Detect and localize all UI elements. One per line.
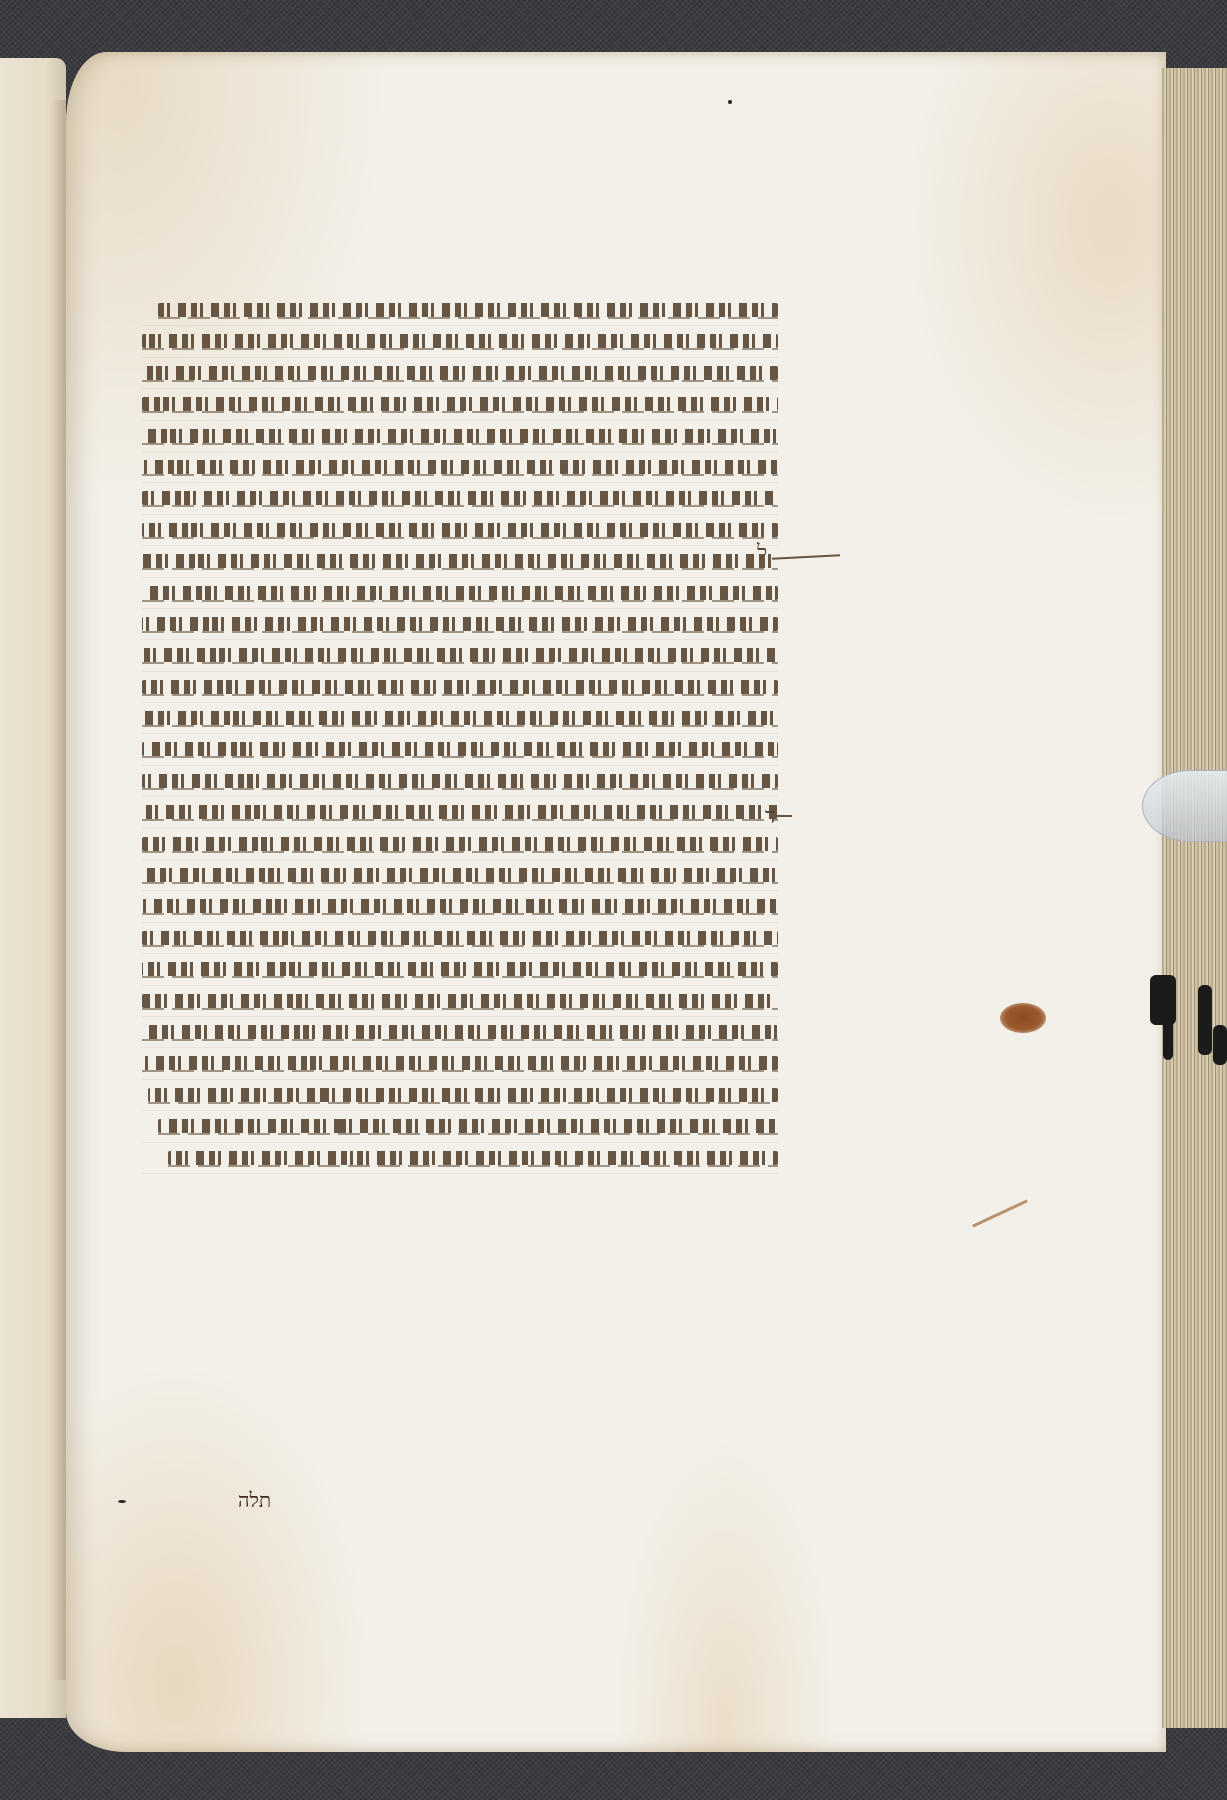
manuscript-line (142, 640, 778, 671)
marginal-stroke (770, 815, 792, 817)
handwritten-text (142, 805, 778, 819)
handwritten-text (142, 711, 778, 725)
handwritten-text (142, 648, 778, 662)
handwritten-text (142, 837, 778, 851)
manuscript-line (142, 1080, 778, 1111)
handwritten-text (158, 1119, 778, 1133)
handwritten-text (142, 899, 778, 913)
handwritten-text (142, 994, 778, 1008)
ink-speck (118, 1500, 126, 1503)
handwritten-text (158, 303, 778, 317)
handwritten-text (142, 491, 778, 505)
manuscript-line (142, 954, 778, 985)
handwritten-text (142, 554, 778, 568)
handwritten-text (142, 334, 778, 348)
manuscript-line (142, 734, 778, 765)
manuscript-line (142, 766, 778, 797)
manuscript-line (142, 546, 778, 577)
manuscript-line (142, 389, 778, 420)
manuscript-line (142, 326, 778, 357)
manuscript-line (142, 483, 778, 514)
handwritten-text (142, 868, 778, 882)
brown-stain (1000, 1003, 1046, 1033)
handwritten-text (142, 397, 778, 411)
manuscript-line (142, 1143, 778, 1174)
ink-speck (728, 100, 732, 104)
marginal-mark: ל (757, 540, 767, 566)
fore-edge-ink-stain (1163, 1020, 1173, 1060)
handwritten-text (142, 617, 778, 631)
handwritten-text (142, 1025, 778, 1039)
handwritten-text (142, 742, 778, 756)
page-edges-fore-edge (1162, 68, 1227, 1728)
handwritten-text (168, 1151, 778, 1165)
manuscript-line (142, 703, 778, 734)
manuscript-line (142, 829, 778, 860)
handwritten-text (142, 366, 778, 380)
text-block (142, 295, 778, 1174)
handwritten-text (142, 523, 778, 537)
manuscript-line (142, 797, 778, 828)
manuscript-line (142, 923, 778, 954)
fore-edge-ink-stain (1213, 1025, 1227, 1065)
manuscript-line (142, 421, 778, 452)
manuscript-line (142, 1048, 778, 1079)
gutter-shadow (52, 100, 66, 1680)
handwritten-text (142, 586, 778, 600)
fore-edge-ink-stain (1150, 975, 1176, 1025)
manuscript-line (142, 672, 778, 703)
manuscript-line (142, 860, 778, 891)
handwritten-text (142, 931, 778, 945)
fore-edge-ink-stain (1198, 985, 1212, 1055)
handwritten-text (142, 680, 778, 694)
folio-number: תלה (238, 1488, 271, 1513)
manuscript-line (142, 1111, 778, 1142)
handwritten-text (142, 962, 778, 976)
manuscript-line (142, 891, 778, 922)
manuscript-line (142, 295, 778, 326)
manuscript-line (142, 986, 778, 1017)
manuscript-line (142, 609, 778, 640)
handwritten-text (148, 1088, 778, 1102)
handwritten-text (142, 774, 778, 788)
handwritten-text (142, 460, 778, 474)
handwritten-text (142, 1056, 778, 1070)
manuscript-line (142, 358, 778, 389)
manuscript-line (142, 578, 778, 609)
manuscript-line (142, 1017, 778, 1048)
handwritten-text (142, 429, 778, 443)
manuscript-line (142, 515, 778, 546)
manuscript-line (142, 452, 778, 483)
